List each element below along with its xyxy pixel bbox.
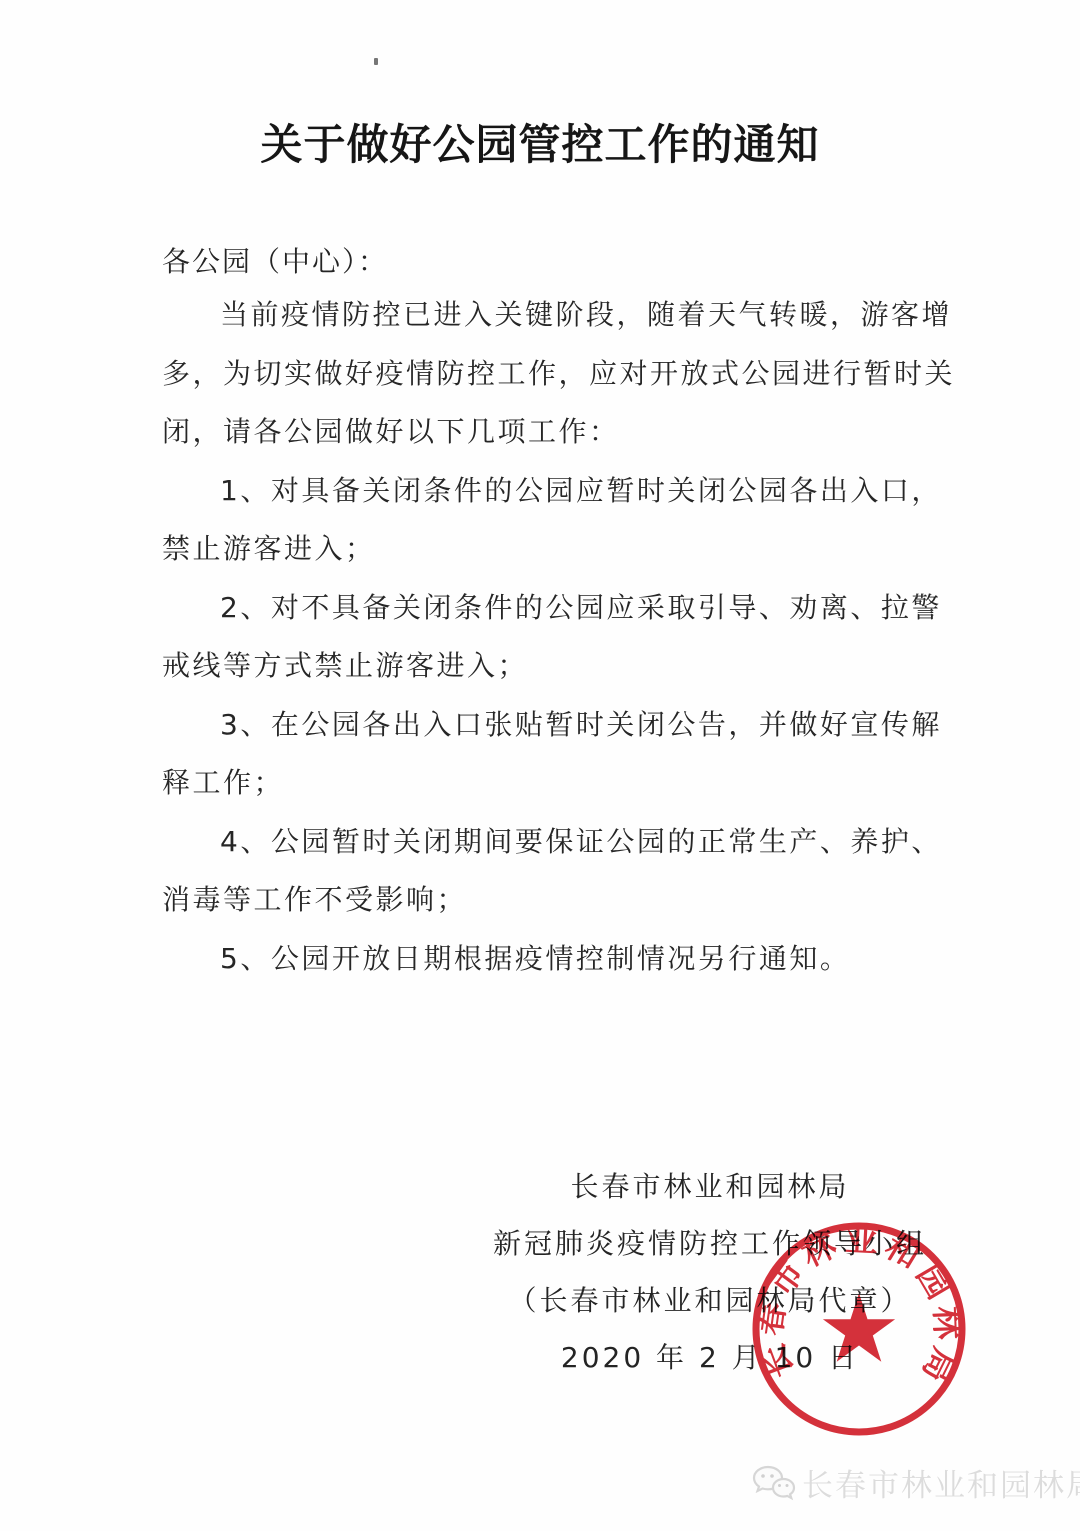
salutation-line: 各公园（中心）： bbox=[162, 240, 388, 280]
bottom-watermark: 长春市林业和园林局 bbox=[752, 1460, 1080, 1505]
body-line-item-2: 2、对不具备关闭条件的公园应采取引导、劝离、拉警 bbox=[162, 579, 952, 638]
wechat-icon bbox=[752, 1464, 796, 1502]
scan-artifact-speck bbox=[374, 58, 378, 65]
body-line: 消毒等工作不受影响； bbox=[162, 871, 952, 930]
body-line: 当前疫情防控已进入关键阶段，随着天气转暖，游客增 bbox=[162, 286, 952, 345]
body-line: 闭，请各公园做好以下几项工作： bbox=[162, 403, 952, 462]
body-line-item-5: 5、公园开放日期根据疫情控制情况另行通知。 bbox=[162, 930, 952, 989]
body-line: 释工作； bbox=[162, 754, 952, 813]
document-body: 当前疫情防控已进入关键阶段，随着天气转暖，游客增 多，为切实做好疫情防控工作，应… bbox=[162, 286, 952, 988]
watermark-text: 长春市林业和园林局 bbox=[802, 1460, 1080, 1505]
body-line: 多，为切实做好疫情防控工作，应对开放式公园进行暂时关 bbox=[162, 345, 952, 404]
notice-document-page: 关于做好公园管控工作的通知 各公园（中心）： 当前疫情防控已进入关键阶段，随着天… bbox=[0, 0, 1080, 1531]
official-seal-stamp: 长春市林业和园林局 bbox=[748, 1218, 970, 1440]
star-icon bbox=[823, 1293, 895, 1362]
body-line: 戒线等方式禁止游客进入； bbox=[162, 637, 952, 696]
body-line-item-1: 1、对具备关闭条件的公园应暂时关闭公园各出入口， bbox=[162, 462, 952, 521]
body-line: 禁止游客进入； bbox=[162, 520, 952, 579]
body-line-item-4: 4、公园暂时关闭期间要保证公园的正常生产、养护、 bbox=[162, 813, 952, 872]
signature-org: 长春市林业和园林局 bbox=[440, 1158, 980, 1215]
document-title: 关于做好公园管控工作的通知 bbox=[0, 112, 1080, 172]
body-line-item-3: 3、在公园各出入口张贴暂时关闭公告，并做好宣传解 bbox=[162, 696, 952, 755]
